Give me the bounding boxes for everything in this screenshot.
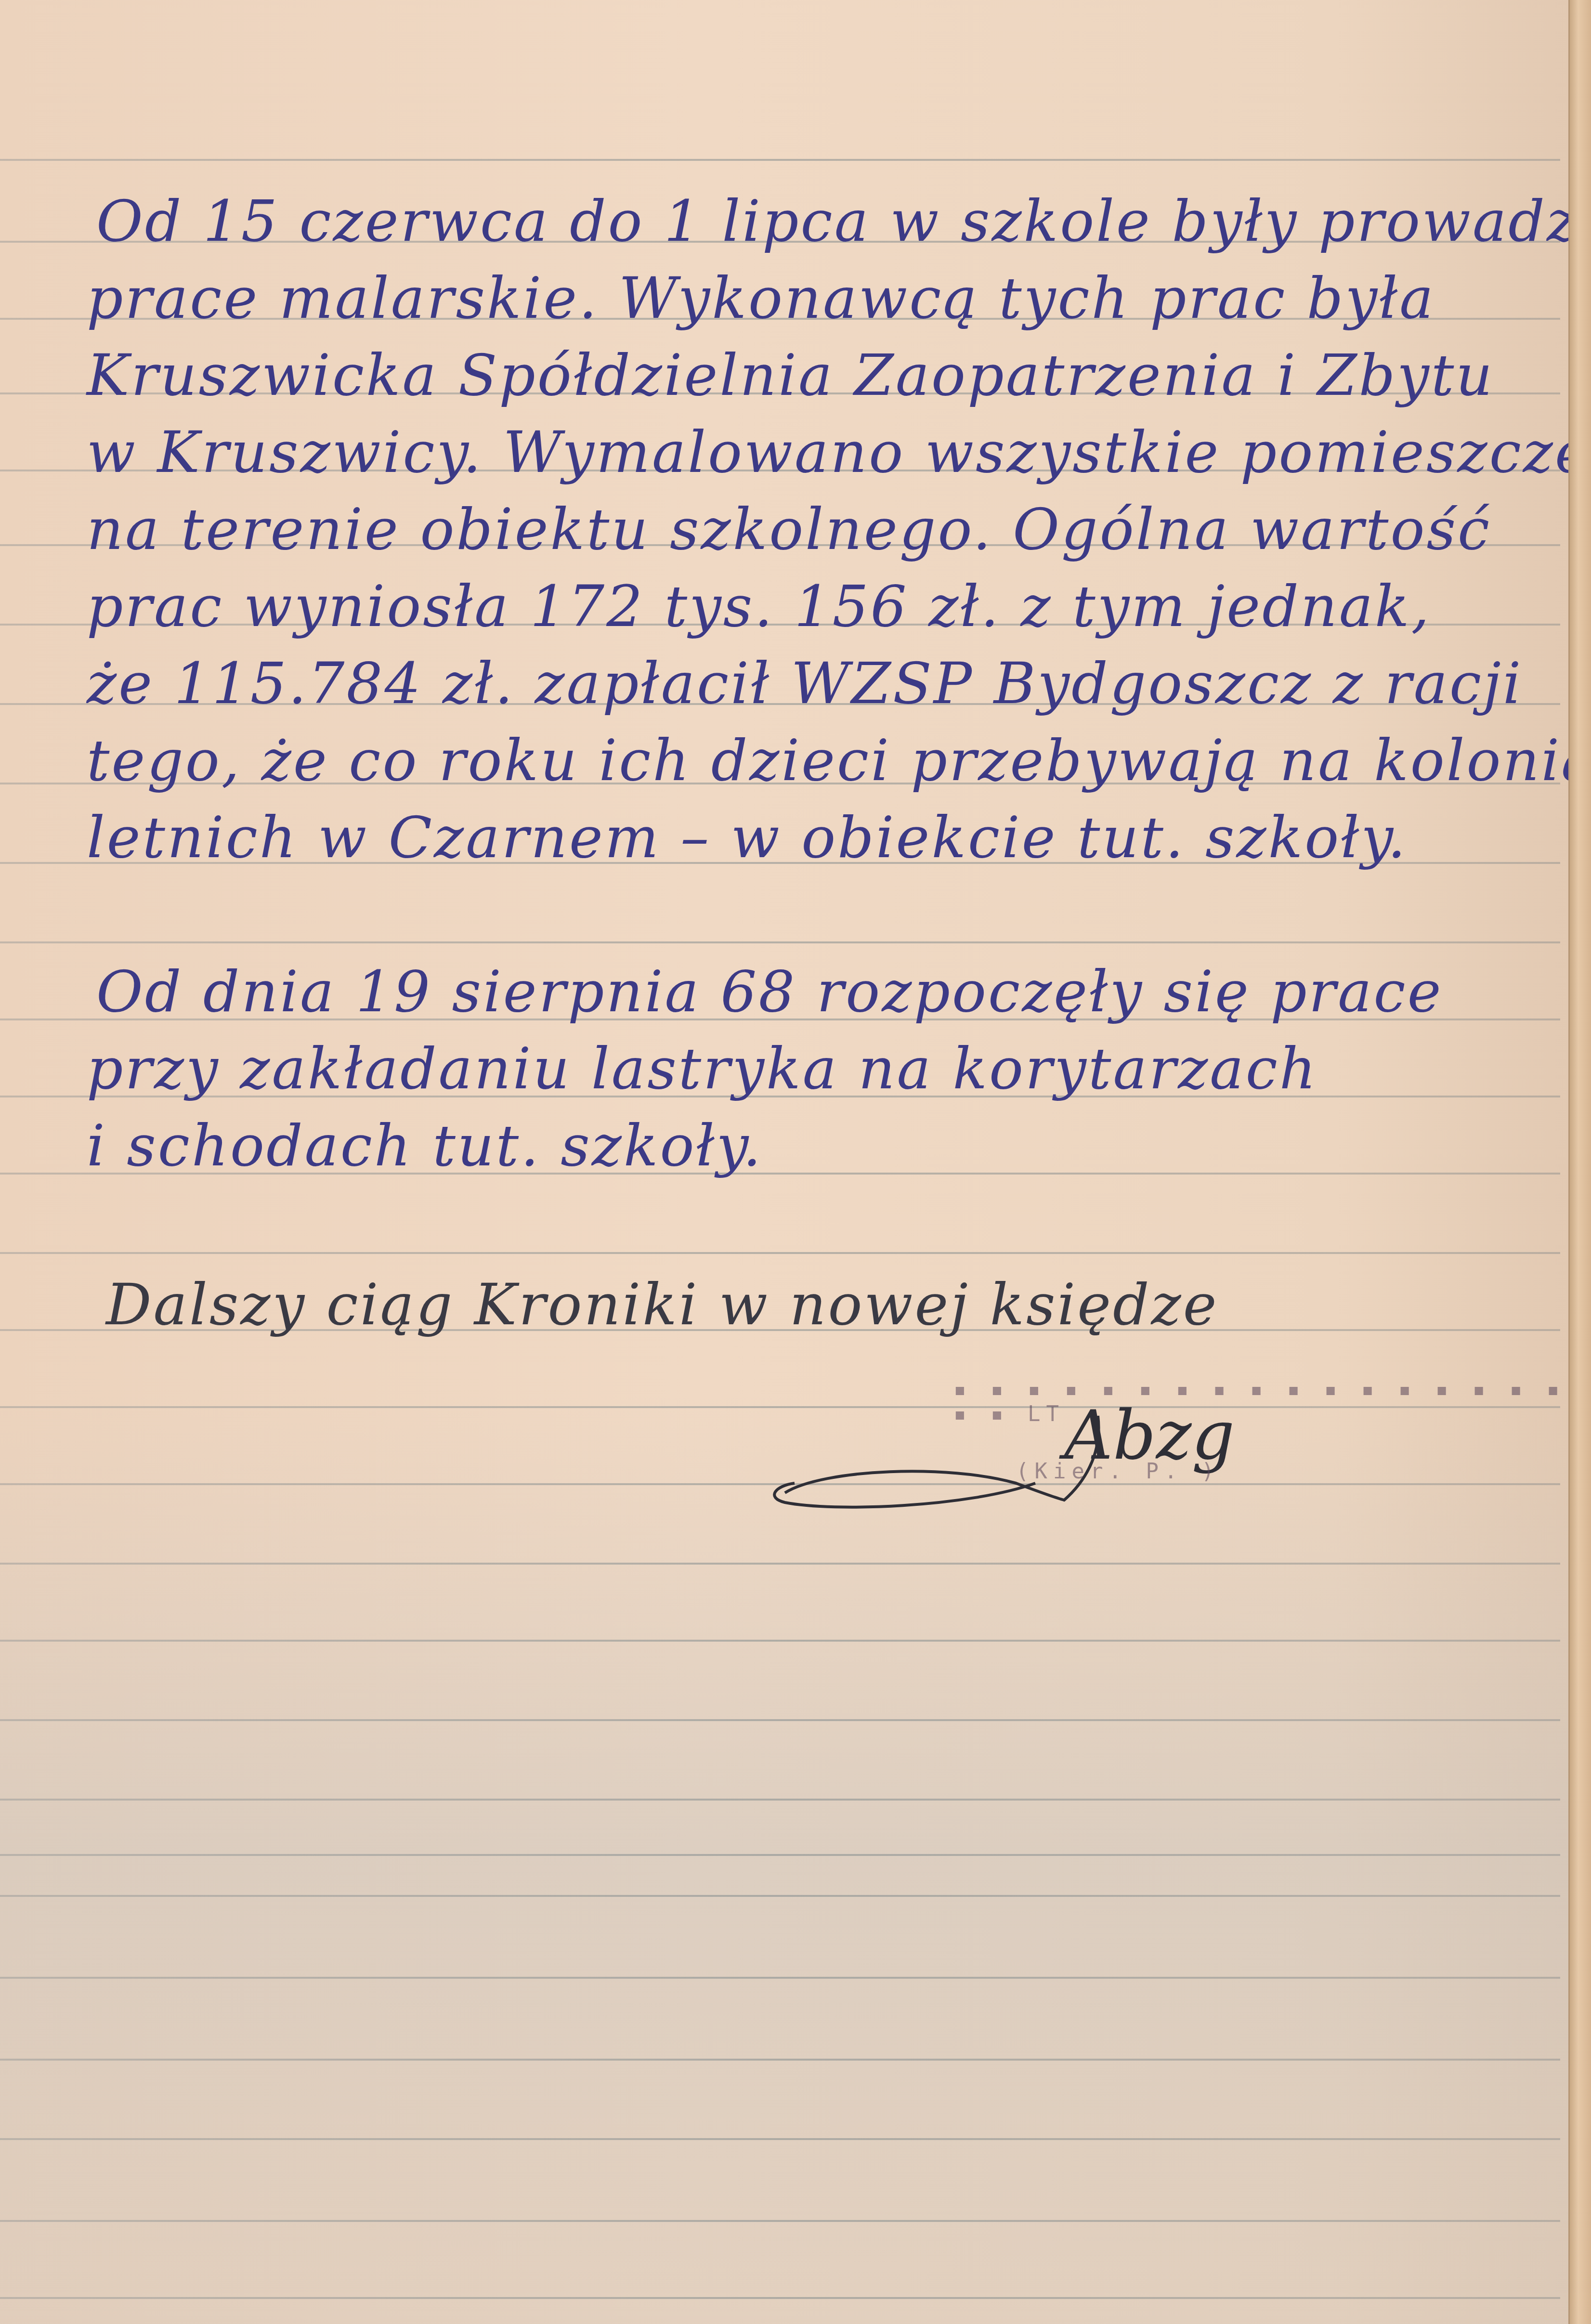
handwritten-line: przy zakładaniu lastryka na korytarzach bbox=[87, 1040, 1318, 1097]
ruled-line bbox=[0, 1799, 1560, 1801]
ruled-line bbox=[0, 2297, 1560, 2299]
ruled-line bbox=[0, 1719, 1560, 1721]
handwritten-line: prac wyniosła 172 tys. 156 zł. z tym jed… bbox=[87, 578, 1431, 635]
handwritten-line: Od dnia 19 sierpnia 68 rozpoczęły się pr… bbox=[96, 963, 1443, 1020]
handwritten-line: i schodach tut. szkoły. bbox=[87, 1117, 763, 1174]
handwritten-line: prace malarskie. Wykonawcą tych prac był… bbox=[87, 270, 1435, 326]
handwritten-line: Kruszwicka Spółdzielnia Zaopatrzenia i Z… bbox=[87, 347, 1494, 404]
ruled-line bbox=[0, 1640, 1560, 1642]
ruled-line bbox=[0, 2138, 1560, 2140]
notebook-page: Od 15 czerwca do 1 lipca w szkole były p… bbox=[0, 0, 1570, 2324]
handwritten-line: Dalszy ciąg Kroniki w nowej księdze bbox=[106, 1276, 1219, 1333]
handwritten-line: w Kruszwicy. Wymalowano wszystkie pomies… bbox=[87, 424, 1591, 481]
ruled-line bbox=[0, 1252, 1560, 1254]
handwritten-line: Od 15 czerwca do 1 lipca w szkole były p… bbox=[96, 193, 1591, 249]
handwritten-line: na terenie obiektu szkolnego. Ogólna war… bbox=[87, 501, 1491, 558]
ruled-line bbox=[0, 159, 1560, 161]
handwritten-line: że 115.784 zł. zapłacił WZSP Bydgoszcz z… bbox=[87, 655, 1523, 712]
ruled-line bbox=[0, 941, 1560, 943]
ruled-line bbox=[0, 1563, 1560, 1565]
faded-stamp: (Kier. P. ) bbox=[1016, 1459, 1220, 1484]
ruled-line bbox=[0, 1977, 1560, 1979]
ruled-line bbox=[0, 1854, 1560, 1856]
handwritten-line: tego, że co roku ich dzieci przebywają n… bbox=[87, 732, 1591, 789]
handwritten-line: letnich w Czarnem – w obiekcie tut. szko… bbox=[87, 809, 1408, 866]
notebook-binding bbox=[1568, 0, 1591, 2324]
ruled-line bbox=[0, 2059, 1560, 2061]
ruled-line bbox=[0, 2220, 1560, 2222]
ruled-line bbox=[0, 1895, 1560, 1897]
